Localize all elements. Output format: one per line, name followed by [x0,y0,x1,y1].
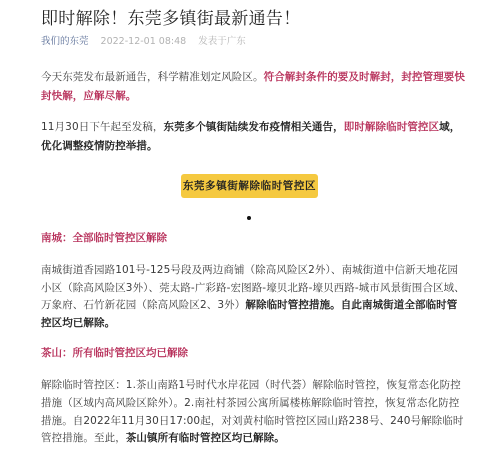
article: 即时解除！东莞多镇街最新通告！ 我们的东莞 2022-12-01 08:48 发… [0,0,499,458]
summary-bold: 东莞多个镇街陆续发布疫情相关通告， [164,121,344,133]
section-banner: 东莞多镇街解除临时管控区 [181,174,318,198]
article-title: 即时解除！东莞多镇街最新通告！ [41,8,301,30]
intro-paragraph: 今天东莞发布最新通告，科学精准划定风险区。符合解封条件的要及时解封，封控管理要快… [41,68,466,106]
section-heading-chashan: 茶山：所有临时管控区均已解除 [41,345,188,360]
publish-location: 发表于广东 [198,36,246,47]
chashan-bold: 茶山镇所有临时管控区均已解除。 [126,432,285,444]
section-heading-nancheng: 南城：全部临时管控区解除 [41,230,167,245]
summary-text: 11月30日下午起至发稿， [41,121,164,133]
author-link[interactable]: 我们的东莞 [41,36,89,47]
intro-text: 今天东莞发布最新通告，科学精准划定风险区。 [41,71,264,83]
bullet-dot-icon [247,216,251,220]
section-paragraph-nancheng: 南城街道香园路101号-125号段及两边商铺（除高风险区2外）、南城街道中信新天… [41,262,466,332]
article-meta: 我们的东莞 2022-12-01 08:48 发表于广东 [41,35,246,49]
summary-highlight: 即时解除临时管控区 [344,121,439,133]
publish-date: 2022-12-01 08:48 [101,36,187,47]
section-paragraph-chashan: 解除临时管控区：1.茶山南路1号时代水岸花园（时代荟）解除临时管控，恢复常态化防… [41,377,466,448]
summary-paragraph: 11月30日下午起至发稿，东莞多个镇街陆续发布疫情相关通告，即时解除临时管控区域… [41,118,466,156]
